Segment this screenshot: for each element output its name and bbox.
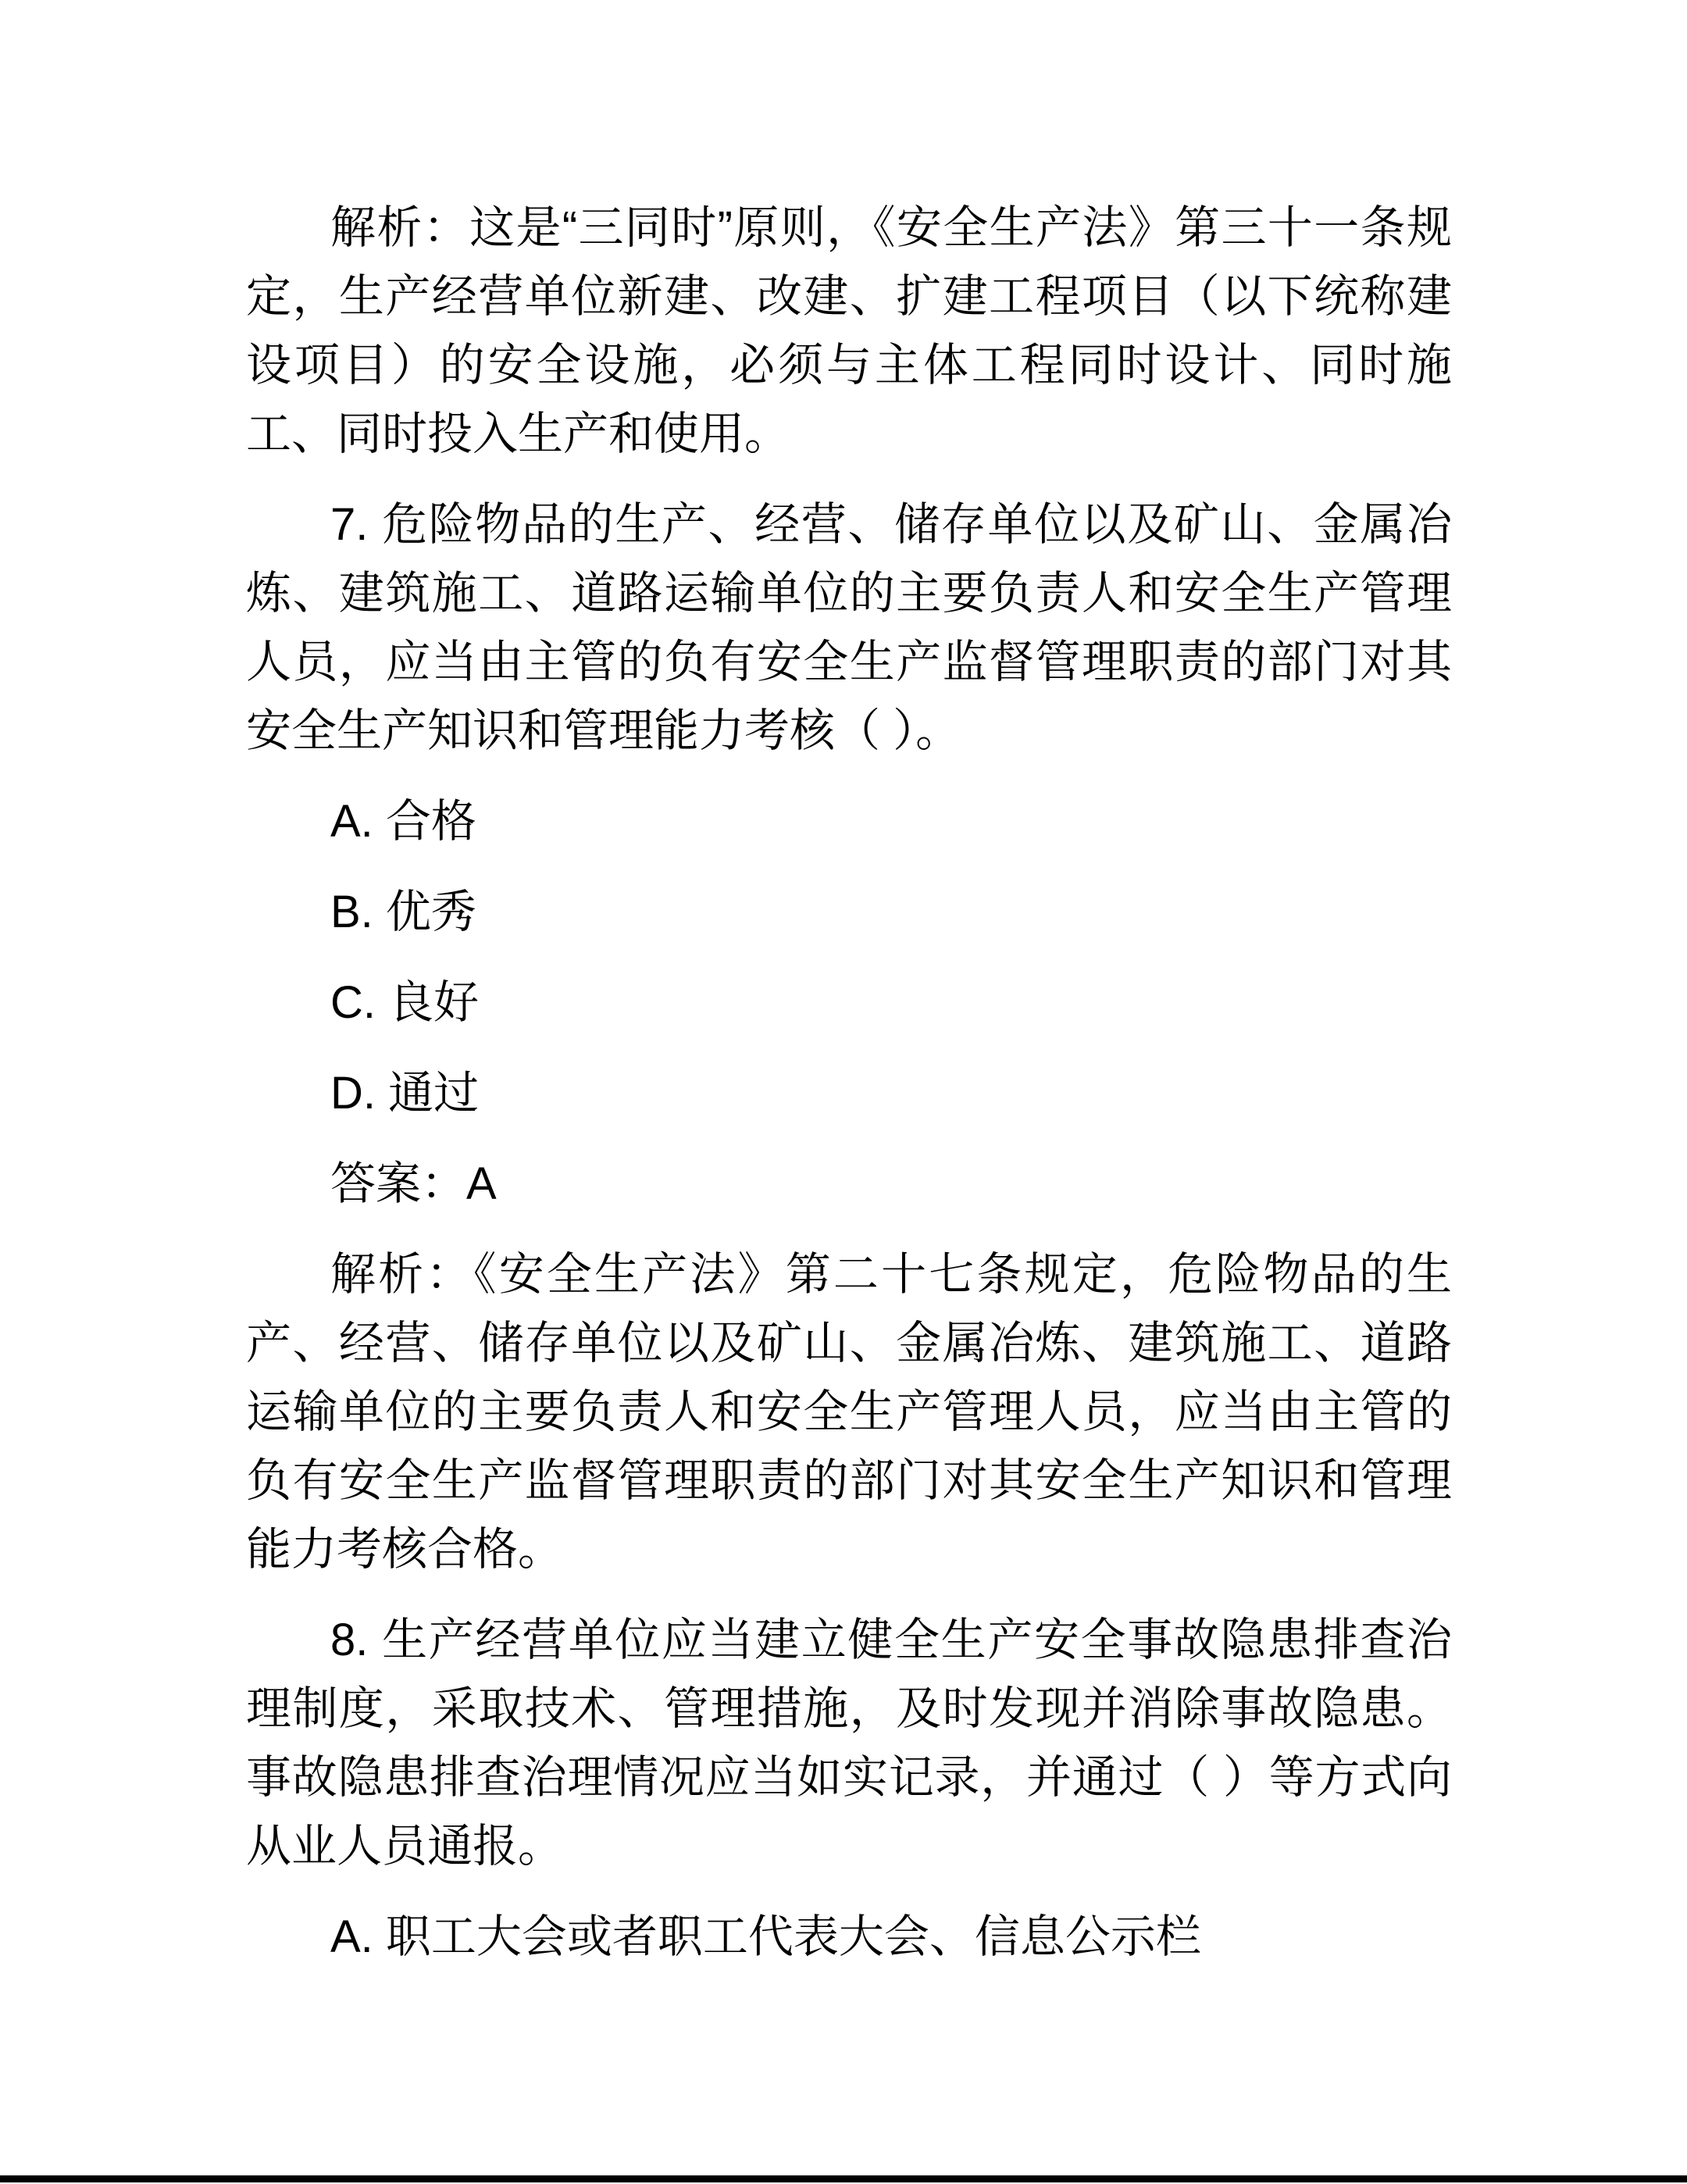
question-7: 7. 危险物品的生产、经营、储存单位以及矿山、金属冶炼、建筑施工、道路运输单位的… [246,491,1452,765]
question-7-explanation: 解析：《安全生产法》第二十七条规定，危险物品的生产、经营、储存单位以及矿山、金属… [246,1240,1452,1584]
question-7-answer: 答案：A [246,1150,1452,1219]
exam-content: 解析：这是“三同时”原则，《安全生产法》第三十一条规定，生产经营单位新建、改建、… [246,194,1452,1972]
question-8-option-a: A. 职工大会或者职工代表大会、信息公示栏 [246,1903,1452,1972]
question-8: 8. 生产经营单位应当建立健全生产安全事故隐患排查治理制度，采取技术、管理措施，… [246,1606,1452,1881]
question-7-option-d: D. 通过 [246,1059,1452,1128]
question-7-option-c: C. 良好 [246,969,1452,1037]
explanation-q6: 解析：这是“三同时”原则，《安全生产法》第三十一条规定，生产经营单位新建、改建、… [246,194,1452,469]
question-7-option-a: A. 合格 [246,787,1452,856]
document-page: 解析：这是“三同时”原则，《安全生产法》第三十一条规定，生产经营单位新建、改建、… [0,0,1687,2184]
question-7-option-b: B. 优秀 [246,878,1452,947]
bottom-bar [0,2175,1687,2182]
